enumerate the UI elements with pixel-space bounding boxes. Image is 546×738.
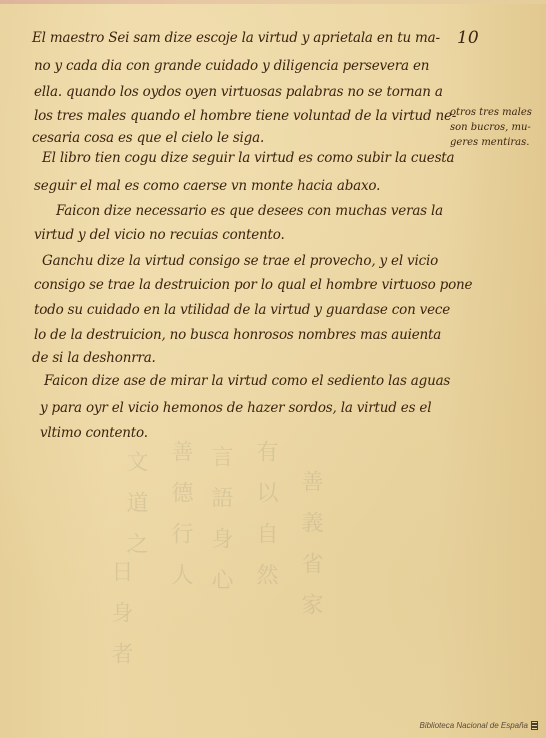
manuscript-line: ella. quando los oydos oyen virtuosas pa… bbox=[34, 84, 443, 100]
manuscript-line: todo su cuidado en la vtilidad de la vir… bbox=[34, 302, 450, 318]
bleed-through-characters: 日 身 者 bbox=[105, 560, 135, 670]
bleed-through-characters: 文 道 之 bbox=[120, 450, 150, 560]
manuscript-line: seguir el mal es como caerse vn monte ha… bbox=[34, 178, 380, 194]
library-watermark: Biblioteca Nacional de España bbox=[419, 721, 538, 730]
bleed-through-characters: 有 以 自 然 bbox=[250, 440, 280, 591]
folio-number: 10 bbox=[457, 28, 479, 48]
manuscript-line: El libro tien cogu dize seguir la virtud… bbox=[42, 150, 454, 166]
bleed-through-characters: 言 語 身 心 bbox=[205, 445, 235, 596]
manuscript-line: virtud y del vicio no recuias contento. bbox=[34, 227, 285, 243]
margin-note-line: otros tres males bbox=[450, 105, 532, 120]
bleed-through-characters: 善 德 行 人 bbox=[165, 440, 195, 591]
margin-note: otros tres malesson bucros, mu-geres men… bbox=[450, 105, 532, 150]
manuscript-line: de si la deshonrra. bbox=[32, 350, 156, 366]
manuscript-line: lo de la destruicion, no busca honrosos … bbox=[34, 327, 441, 343]
manuscript-page: 文 道 之 善 德 行 人 言 語 身 心 有 以 自 然 善 義 省 家 日 … bbox=[0, 0, 546, 738]
margin-note-line: son bucros, mu- bbox=[450, 120, 532, 135]
watermark-label: Biblioteca Nacional de España bbox=[419, 721, 528, 730]
manuscript-line: y para oyr el vicio hemonos de hazer sor… bbox=[40, 400, 431, 416]
manuscript-line: Ganchu dize la virtud consigo se trae el… bbox=[42, 253, 438, 269]
manuscript-line: Faicon dize ase de mirar la virtud como … bbox=[44, 373, 450, 389]
manuscript-line: vltimo contento. bbox=[40, 425, 148, 441]
margin-note-line: geres mentiras. bbox=[450, 135, 532, 150]
bne-logo-icon bbox=[531, 721, 538, 730]
manuscript-line: Faicon dize necessario es que desees con… bbox=[56, 203, 443, 219]
page-top-edge bbox=[0, 0, 546, 4]
manuscript-line: los tres males quando el hombre tiene vo… bbox=[34, 108, 456, 124]
bleed-through-characters: 善 義 省 家 bbox=[295, 470, 325, 621]
manuscript-line: cesaria cosa es que el cielo le siga. bbox=[32, 130, 264, 146]
manuscript-line: no y cada dia con grande cuidado y dilig… bbox=[34, 58, 429, 74]
manuscript-line: consigo se trae la destruicion por lo qu… bbox=[34, 277, 472, 293]
manuscript-line: El maestro Sei sam dize escoje la virtud… bbox=[32, 30, 440, 46]
